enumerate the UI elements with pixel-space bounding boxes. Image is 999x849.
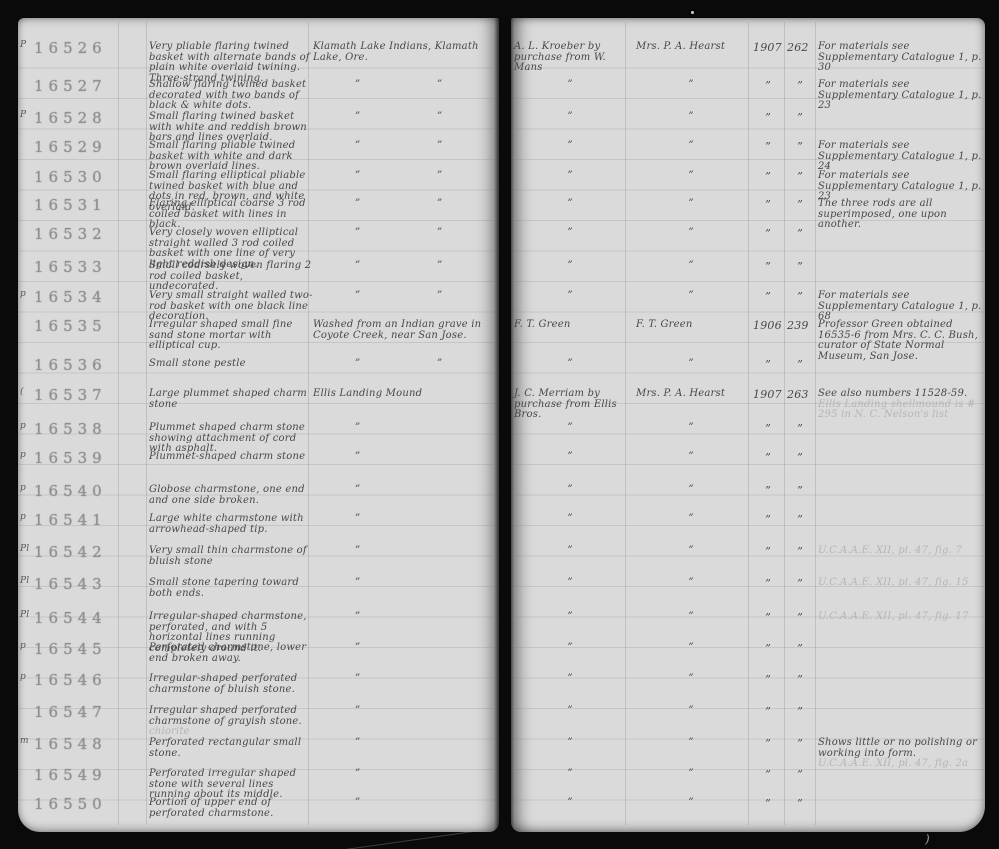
ledger-row: P16526Very pliable flaring twined basket… xyxy=(0,40,999,78)
accession-number: ” xyxy=(787,199,813,211)
donor: Mrs. P. A. Hearst xyxy=(636,42,746,53)
ledger-row: 16550Portion of upper end of perforated … xyxy=(0,796,999,834)
locality: ”” xyxy=(313,199,497,210)
locality: ”” xyxy=(313,80,497,91)
donor: ” xyxy=(636,171,746,182)
ditto-mark: ” xyxy=(355,79,360,90)
year: ” xyxy=(753,643,783,655)
year: ” xyxy=(753,261,783,273)
year: ” xyxy=(753,769,783,781)
accession-number: 239 xyxy=(787,320,813,332)
ditto-mark: ” xyxy=(355,198,360,209)
locality: ”” xyxy=(313,171,497,182)
catalog-number: 16531 xyxy=(34,197,130,213)
ditto-mark: ” xyxy=(355,170,360,181)
donor: ” xyxy=(636,199,746,210)
accession-number: ” xyxy=(787,706,813,718)
donor: ” xyxy=(636,452,746,463)
year: ” xyxy=(753,141,783,153)
donor: ” xyxy=(636,261,746,272)
ditto-mark: ” xyxy=(355,140,360,151)
accession-number: ” xyxy=(787,112,813,124)
object-description: Perforated charmstone, lower end broken … xyxy=(149,643,313,664)
ditto-mark: ” xyxy=(437,291,442,302)
locality: ”” xyxy=(313,112,497,123)
catalog-number: 16539 xyxy=(34,450,130,466)
accession-number: ” xyxy=(787,643,813,655)
how-obtained: ” xyxy=(514,612,626,623)
donor: ” xyxy=(636,643,746,654)
remarks: U.C.A.A.E. XII, pl. 47, fig. 15 xyxy=(818,578,982,589)
catalog-number: 16529 xyxy=(34,139,130,155)
donor: ” xyxy=(636,798,746,809)
remarks: For materials see Supplementary Catalogu… xyxy=(818,42,982,74)
catalog-number: 16534 xyxy=(34,289,130,305)
catalog-number: 16533 xyxy=(34,259,130,275)
ledger-row: Pl16543Small stone tapering toward both … xyxy=(0,576,999,614)
how-obtained: ” xyxy=(514,291,626,302)
ditto-mark: ” xyxy=(355,673,360,684)
year: ” xyxy=(753,706,783,718)
remark-text: For materials see Supplementary Catalogu… xyxy=(818,141,982,173)
how-obtained: ” xyxy=(514,452,626,463)
donor: ” xyxy=(636,80,746,91)
how-obtained: ” xyxy=(514,261,626,272)
remarks: For materials see Supplementary Catalogu… xyxy=(818,141,982,173)
ditto-mark: ” xyxy=(355,260,360,271)
ditto-mark: ” xyxy=(437,171,442,182)
object-description: Irregular-shaped perforated charmstone o… xyxy=(149,674,313,695)
donor: Mrs. P. A. Hearst xyxy=(636,389,746,400)
object-description: Small flaring pliable twined basket with… xyxy=(149,141,313,173)
pencil-note: U.C.A.A.E. XII, pl. 47, fig. 15 xyxy=(818,578,982,589)
year: ” xyxy=(753,514,783,526)
year: ” xyxy=(753,423,783,435)
catalog-number: 16546 xyxy=(34,672,130,688)
how-obtained: ” xyxy=(514,171,626,182)
year: ” xyxy=(753,674,783,686)
accession-number: 262 xyxy=(787,42,813,54)
locality: ”” xyxy=(313,261,497,272)
catalog-number: 16544 xyxy=(34,610,130,626)
locality: ” xyxy=(313,452,497,463)
year: ” xyxy=(753,578,783,590)
donor: ” xyxy=(636,423,746,434)
how-obtained: ” xyxy=(514,141,626,152)
donor: F. T. Green xyxy=(636,320,746,331)
year: ” xyxy=(753,291,783,303)
ledger-rows: P16526Very pliable flaring twined basket… xyxy=(0,0,999,849)
accession-number: ” xyxy=(787,171,813,183)
accession-number: 263 xyxy=(787,389,813,401)
donor: ” xyxy=(636,485,746,496)
catalog-number: 16548 xyxy=(34,736,130,752)
year: ” xyxy=(753,485,783,497)
catalog-number: 16549 xyxy=(34,767,130,783)
catalog-number: 16536 xyxy=(34,357,130,373)
year: ” xyxy=(753,112,783,124)
ditto-mark: ” xyxy=(437,199,442,210)
donor: ” xyxy=(636,514,746,525)
catalog-number: 16528 xyxy=(34,110,130,126)
donor: ” xyxy=(636,141,746,152)
object-description: Small stone pestle xyxy=(149,359,313,370)
donor: ” xyxy=(636,112,746,123)
ledger-row: 16535Irregular shaped small fine sand st… xyxy=(0,318,999,356)
ditto-mark: ” xyxy=(355,768,360,779)
how-obtained: ” xyxy=(514,359,626,370)
remarks: U.C.A.A.E. XII, pl. 47, fig. 7 xyxy=(818,546,982,557)
object-description: Irregular shaped small fine sand stone m… xyxy=(149,320,313,352)
year: ” xyxy=(753,80,783,92)
remark-text: Shows little or no polishing or working … xyxy=(818,738,982,759)
accession-number: ” xyxy=(787,452,813,464)
donor: ” xyxy=(636,674,746,685)
accession-number: ” xyxy=(787,674,813,686)
object-description: Portion of upper end of perforated charm… xyxy=(149,798,313,819)
accession-number: ” xyxy=(787,359,813,371)
dust-speck xyxy=(691,11,694,14)
catalog-number: 16532 xyxy=(34,226,130,242)
accession-number: ” xyxy=(787,228,813,240)
year: ” xyxy=(753,546,783,558)
locality: ” xyxy=(313,706,497,717)
how-obtained: ” xyxy=(514,514,626,525)
remark-text: For materials see Supplementary Catalogu… xyxy=(818,80,982,112)
remarks: Shows little or no polishing or working … xyxy=(818,738,982,770)
locality: ”” xyxy=(313,228,497,239)
donor: ” xyxy=(636,612,746,623)
ditto-mark: ” xyxy=(355,227,360,238)
year: ” xyxy=(753,228,783,240)
ditto-mark: ” xyxy=(437,112,442,123)
year: ” xyxy=(753,359,783,371)
catalog-number: 16537 xyxy=(34,387,130,403)
remark-text: Professor Green obtained 16535-6 from Mr… xyxy=(818,320,982,362)
year: 1907 xyxy=(753,389,783,401)
accession-number: ” xyxy=(787,514,813,526)
ditto-mark: ” xyxy=(437,141,442,152)
locality: ” xyxy=(313,798,497,809)
object-description: Large white charmstone with arrowhead-sh… xyxy=(149,514,313,535)
ledger-photo: P16526Very pliable flaring twined basket… xyxy=(0,0,999,849)
accession-number: ” xyxy=(787,578,813,590)
accession-number: ” xyxy=(787,80,813,92)
ditto-mark: ” xyxy=(355,577,360,588)
how-obtained: ” xyxy=(514,769,626,780)
remarks: See also numbers 11528-59.Ellis Landing … xyxy=(818,389,982,421)
locality: ” xyxy=(313,769,497,780)
ditto-mark: ” xyxy=(355,611,360,622)
ditto-mark: ” xyxy=(355,737,360,748)
accession-number: ” xyxy=(787,612,813,624)
ditto-mark: ” xyxy=(355,484,360,495)
catalog-number: 16547 xyxy=(34,704,130,720)
how-obtained: ” xyxy=(514,112,626,123)
catalog-number: 16545 xyxy=(34,641,130,657)
ditto-mark: ” xyxy=(355,358,360,369)
locality: Ellis Landing Mound xyxy=(313,389,497,400)
catalog-number: 16543 xyxy=(34,576,130,592)
locality: ” xyxy=(313,423,497,434)
accession-number: ” xyxy=(787,769,813,781)
ditto-mark: ” xyxy=(355,513,360,524)
ditto-mark: ” xyxy=(355,422,360,433)
locality: ”” xyxy=(313,359,497,370)
locality: ” xyxy=(313,514,497,525)
how-obtained: ” xyxy=(514,643,626,654)
how-obtained: J. C. Merriam by purchase from Ellis Bro… xyxy=(514,389,626,421)
catalog-number: 16535 xyxy=(34,318,130,334)
ditto-mark: ” xyxy=(355,545,360,556)
donor: ” xyxy=(636,578,746,589)
how-obtained: ” xyxy=(514,228,626,239)
ditto-mark: ” xyxy=(437,359,442,370)
how-obtained: ” xyxy=(514,706,626,717)
accession-number: ” xyxy=(787,546,813,558)
locality: ” xyxy=(313,643,497,654)
ditto-mark: ” xyxy=(355,451,360,462)
how-obtained: ” xyxy=(514,423,626,434)
year: ” xyxy=(753,612,783,624)
locality: ” xyxy=(313,578,497,589)
ditto-mark: ” xyxy=(437,228,442,239)
accession-number: ” xyxy=(787,738,813,750)
object-description: Very small thin charmstone of bluish sto… xyxy=(149,546,313,567)
locality: ”” xyxy=(313,141,497,152)
catalog-number: 16541 xyxy=(34,512,130,528)
donor: ” xyxy=(636,359,746,370)
object-description: Small stone tapering toward both ends. xyxy=(149,578,313,599)
locality: ” xyxy=(313,674,497,685)
how-obtained: ” xyxy=(514,199,626,210)
ditto-mark: ” xyxy=(437,80,442,91)
year: 1907 xyxy=(753,42,783,54)
object-description: Shallow flaring twined basket decorated … xyxy=(149,80,313,112)
ditto-mark: ” xyxy=(355,797,360,808)
remarks: U.C.A.A.E. XII, pl. 47, fig. 17 xyxy=(818,612,982,623)
how-obtained: ” xyxy=(514,798,626,809)
locality: ” xyxy=(313,738,497,749)
how-obtained: ” xyxy=(514,738,626,749)
catalog-number: 16550 xyxy=(34,796,130,812)
locality: ” xyxy=(313,612,497,623)
how-obtained: ” xyxy=(514,674,626,685)
locality: Klamath Lake Indians, Klamath Lake, Ore. xyxy=(313,42,497,63)
year: ” xyxy=(753,738,783,750)
catalog-number: 16542 xyxy=(34,544,130,560)
ditto-mark: ” xyxy=(355,111,360,122)
catalog-number: 16530 xyxy=(34,169,130,185)
year: ” xyxy=(753,798,783,810)
ditto-mark: ” xyxy=(355,290,360,301)
locality: Washed from an Indian grave in Coyote Cr… xyxy=(313,320,497,341)
object-description: Small coarsely woven flaring 2 rod coile… xyxy=(149,261,313,293)
ditto-mark: ” xyxy=(355,642,360,653)
catalog-number: 16527 xyxy=(34,78,130,94)
year: 1906 xyxy=(753,320,783,332)
donor: ” xyxy=(636,769,746,780)
how-obtained: ” xyxy=(514,80,626,91)
year: ” xyxy=(753,199,783,211)
year: ” xyxy=(753,171,783,183)
ledger-row: (16537Large plummet shaped charm stoneEl… xyxy=(0,387,999,425)
locality: ”” xyxy=(313,291,497,302)
object-description: Large plummet shaped charm stone xyxy=(149,389,313,410)
accession-number: ” xyxy=(787,423,813,435)
ditto-mark: ” xyxy=(355,705,360,716)
accession-number: ” xyxy=(787,291,813,303)
catalog-number: 16538 xyxy=(34,421,130,437)
how-obtained: A. L. Kroeber by purchase from W. Mans xyxy=(514,42,626,74)
ditto-mark: ” xyxy=(437,261,442,272)
accession-number: ” xyxy=(787,798,813,810)
pencil-note: Ellis Landing shellmound is # 295 in N. … xyxy=(818,400,982,421)
donor: ” xyxy=(636,228,746,239)
how-obtained: ” xyxy=(514,485,626,496)
donor: ” xyxy=(636,291,746,302)
object-description: Irregular shaped perforated charmstone o… xyxy=(149,706,313,738)
remarks: For materials see Supplementary Catalogu… xyxy=(818,80,982,112)
catalog-number: 16526 xyxy=(34,40,130,56)
donor: ” xyxy=(636,738,746,749)
how-obtained: F. T. Green xyxy=(514,320,626,331)
object-description: Plummet-shaped charm stone xyxy=(149,452,313,463)
year: ” xyxy=(753,452,783,464)
how-obtained: ” xyxy=(514,578,626,589)
locality: ” xyxy=(313,485,497,496)
catalog-number: 16540 xyxy=(34,483,130,499)
remark-text: See also numbers 11528-59. xyxy=(818,389,982,400)
accession-number: ” xyxy=(787,141,813,153)
donor: ” xyxy=(636,706,746,717)
object-description: Globose charmstone, one end and one side… xyxy=(149,485,313,506)
locality: ” xyxy=(313,546,497,557)
donor: ” xyxy=(636,546,746,557)
pencil-note: U.C.A.A.E. XII, pl. 47, fig. 7 xyxy=(818,546,982,557)
accession-number: ” xyxy=(787,485,813,497)
how-obtained: ” xyxy=(514,546,626,557)
remark-text: For materials see Supplementary Catalogu… xyxy=(818,42,982,74)
accession-number: ” xyxy=(787,261,813,273)
stray-pen-mark: ) xyxy=(925,832,930,846)
object-description: Perforated rectangular small stone. xyxy=(149,738,313,759)
remarks: Professor Green obtained 16535-6 from Mr… xyxy=(818,320,982,362)
pencil-note: U.C.A.A.E. XII, pl. 47, fig. 17 xyxy=(818,612,982,623)
